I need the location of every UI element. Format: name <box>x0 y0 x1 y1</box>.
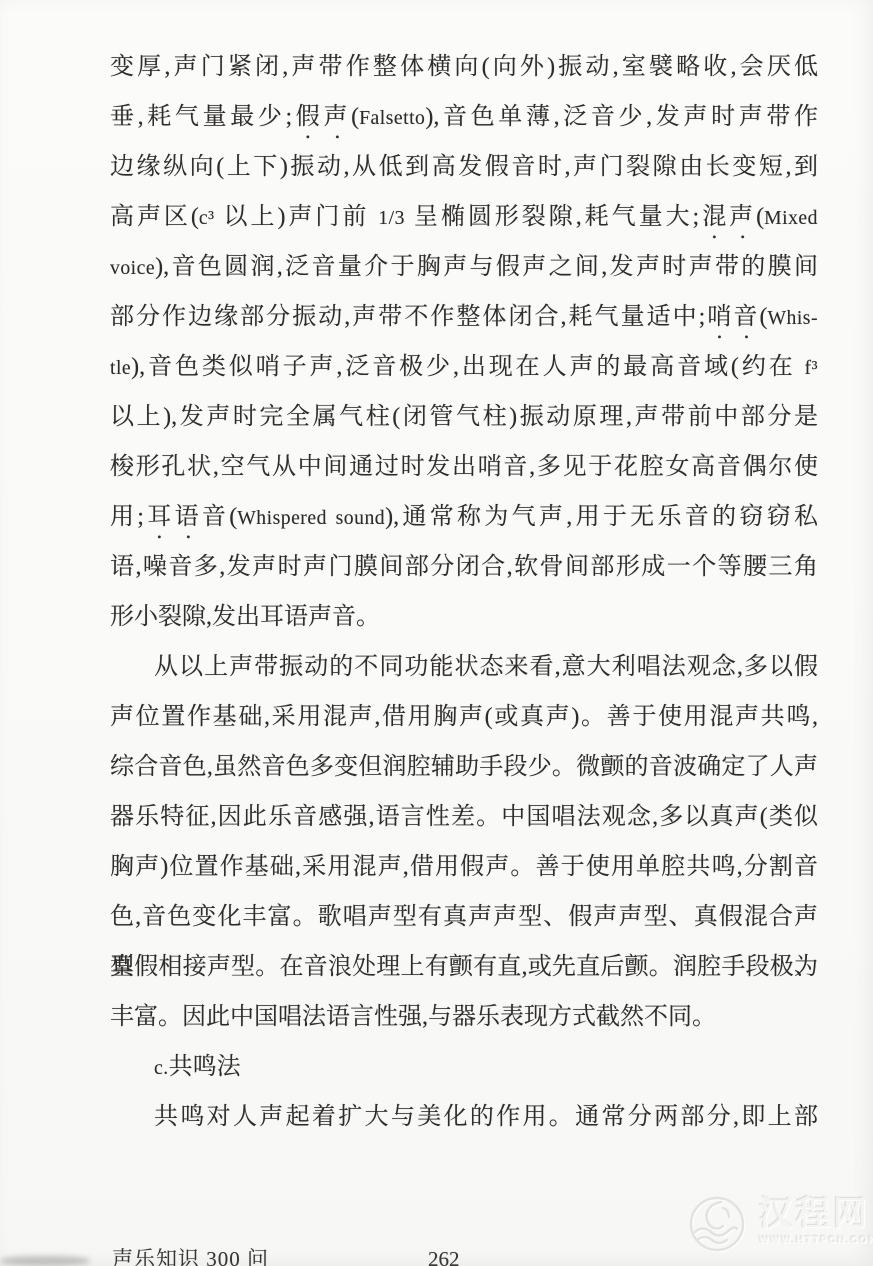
emphasized-term: 哨音 <box>705 304 759 330</box>
text-line: 色,音色变化丰富。歌唱声型有真声声型、假声声型、真假混合声型、 <box>110 892 818 942</box>
watermark-text: 汉程网 WWW.HTTPCN.COM <box>759 1198 873 1246</box>
text-segment: 音(Whispered sound),通常称为气声,用于无乐音的窃窃私 <box>202 504 818 530</box>
text-segment: 用; <box>110 504 144 530</box>
footer-book-title: 声乐知识 300 问 <box>112 1247 269 1266</box>
text-line: 声位置作基础,采用混声,借用胸声(或真声)。善于使用混声共鸣, <box>110 692 818 742</box>
text-segment: c.共鸣法 <box>154 1054 241 1080</box>
text-segment: 从以上声带振动的不同功能状态来看,意大利唱法观念,多以假 <box>154 654 818 680</box>
latin-text: 1/3 <box>378 207 405 229</box>
watermark: 汉程网 WWW.HTTPCN.COM <box>683 1186 865 1258</box>
text-segment: 器乐特征,因此乐音感强,语言性差。中国唱法观念,多以真声(类似 <box>110 804 818 830</box>
text-line: c.共鸣法 <box>110 1042 818 1092</box>
text-line: 变厚,声门紧闭,声带作整体横向(向外)振动,室襞略收,会厌低 <box>110 42 818 92</box>
watermark-url: WWW.HTTPCN.COM <box>759 1235 873 1246</box>
text-line: 丰富。因此中国唱法语言性强,与器乐表现方式截然不同。 <box>110 992 818 1042</box>
text-segment: 丰富。因此中国唱法语言性强,与器乐表现方式截然不同。 <box>110 1004 716 1030</box>
text-segment: 语,噪音多,发声时声门膜间部分闭合,软骨间部形成一个等腰三角 <box>110 554 818 580</box>
text-segment: 边缘纵向(上下)振动,从低到高发假音时,声门裂隙由长变短,到 <box>110 154 818 180</box>
text-line: 高声区(c³ 以上)声门前 1/3 呈椭圆形裂隙,耗气量大;混声(Mixed <box>110 192 818 242</box>
emphasized-term: 假声 <box>292 104 351 130</box>
text-line: 部分作边缘部分振动,声带不作整体闭合,耗气量适中;哨音(Whis- <box>110 292 818 342</box>
text-segment: 梭形孔状,空气从中间通过时发出哨音,多见于花腔女高音偶尔使 <box>110 454 818 480</box>
text-segment: 声位置作基础,采用混声,借用胸声(或真声)。善于使用混声共鸣, <box>110 704 818 730</box>
text-line: 从以上声带振动的不同功能状态来看,意大利唱法观念,多以假 <box>110 642 818 692</box>
latin-text: Mixed <box>764 207 818 229</box>
text-segment: 垂,耗气量最少; <box>110 104 292 130</box>
text-segment: voice),音色圆润,泛音量介于胸声与假声之间,发声时声带的膜间 <box>110 254 818 280</box>
text-line: 综合音色,虽然音色多变但润腔辅助手段少。微颤的音波确定了人声 <box>110 742 818 792</box>
latin-text: voice <box>110 257 155 279</box>
text-segment: 共鸣对人声起着扩大与美化的作用。通常分两部分,即上部 <box>154 1104 818 1130</box>
footer-page-number: 262 <box>428 1247 460 1266</box>
text-line: 以上),发声时完全属气柱(闭管气柱)振动原理,声带前中部分是 <box>110 392 818 442</box>
text-line: 垂,耗气量最少;假声(Falsetto),音色单薄,泛音少,发声时声带作 <box>110 92 818 142</box>
latin-text: tle <box>110 357 131 379</box>
text-segment: (Falsetto),音色单薄,泛音少,发声时声带作 <box>351 104 818 130</box>
text-segment: 真假相接声型。在音浪处理上有颤有直,或先直后颤。润腔手段极为 <box>110 954 818 980</box>
latin-text: c³ <box>199 207 215 229</box>
text-segment: 部分作边缘部分振动,声带不作整体闭合,耗气量适中; <box>110 304 705 330</box>
scan-edge-artifact <box>0 1256 90 1266</box>
text-segment: tle),音色类似哨子声,泛音极少,出现在人声的最高音域(约在 f³ <box>110 354 818 380</box>
text-line: 共鸣对人声起着扩大与美化的作用。通常分两部分,即上部 <box>110 1092 818 1142</box>
text-segment: (Whis- <box>759 304 818 330</box>
text-segment: 胸声)位置作基础,采用混声,借用假声。善于使用单腔共鸣,分割音 <box>110 854 818 880</box>
emphasized-term: 混声 <box>699 204 756 230</box>
text-line: voice),音色圆润,泛音量介于胸声与假声之间,发声时声带的膜间 <box>110 242 818 292</box>
text-line: 形小裂隙,发出耳语声音。 <box>110 592 818 642</box>
text-segment: 以上),发声时完全属气柱(闭管气柱)振动原理,声带前中部分是 <box>110 404 818 430</box>
text-line: 语,噪音多,发声时声门膜间部分闭合,软骨间部形成一个等腰三角 <box>110 542 818 592</box>
text-segment: 变厚,声门紧闭,声带作整体横向(向外)振动,室襞略收,会厌低 <box>110 54 818 80</box>
emphasized-term: 耳语 <box>144 504 202 530</box>
text-line: tle),音色类似哨子声,泛音极少,出现在人声的最高音域(约在 f³ <box>110 342 818 392</box>
text-segment: 高声区(c³ 以上)声门前 1/3 呈椭圆形裂隙,耗气量大; <box>110 204 699 230</box>
latin-text: Whis- <box>767 307 818 329</box>
text-segment: (Mixed <box>756 204 818 230</box>
scanned-book-page: 变厚,声门紧闭,声带作整体横向(向外)振动,室襞略收,会厌低垂,耗气量最少;假声… <box>0 0 873 1266</box>
text-line: 胸声)位置作基础,采用混声,借用假声。善于使用单腔共鸣,分割音 <box>110 842 818 892</box>
latin-text: c. <box>154 1057 169 1079</box>
text-line: 用;耳语音(Whispered sound),通常称为气声,用于无乐音的窃窃私 <box>110 492 818 542</box>
text-line: 边缘纵向(上下)振动,从低到高发假音时,声门裂隙由长变短,到 <box>110 142 818 192</box>
latin-text: Whispered sound <box>237 507 385 529</box>
text-line: 梭形孔状,空气从中间通过时发出哨音,多见于花腔女高音偶尔使 <box>110 442 818 492</box>
body-text: 变厚,声门紧闭,声带作整体横向(向外)振动,室襞略收,会厌低垂,耗气量最少;假声… <box>110 42 818 1142</box>
latin-text: f³ <box>805 357 818 379</box>
httpcn-dragon-logo-icon <box>683 1186 755 1258</box>
watermark-brand: 汉程网 <box>759 1198 873 1232</box>
text-line: 器乐特征,因此乐音感强,语言性差。中国唱法观念,多以真声(类似 <box>110 792 818 842</box>
text-line: 真假相接声型。在音浪处理上有颤有直,或先直后颤。润腔手段极为 <box>110 942 818 992</box>
text-segment: 综合音色,虽然音色多变但润腔辅助手段少。微颤的音波确定了人声 <box>110 754 818 780</box>
latin-text: Falsetto <box>359 107 425 129</box>
text-segment: 形小裂隙,发出耳语声音。 <box>110 604 380 630</box>
